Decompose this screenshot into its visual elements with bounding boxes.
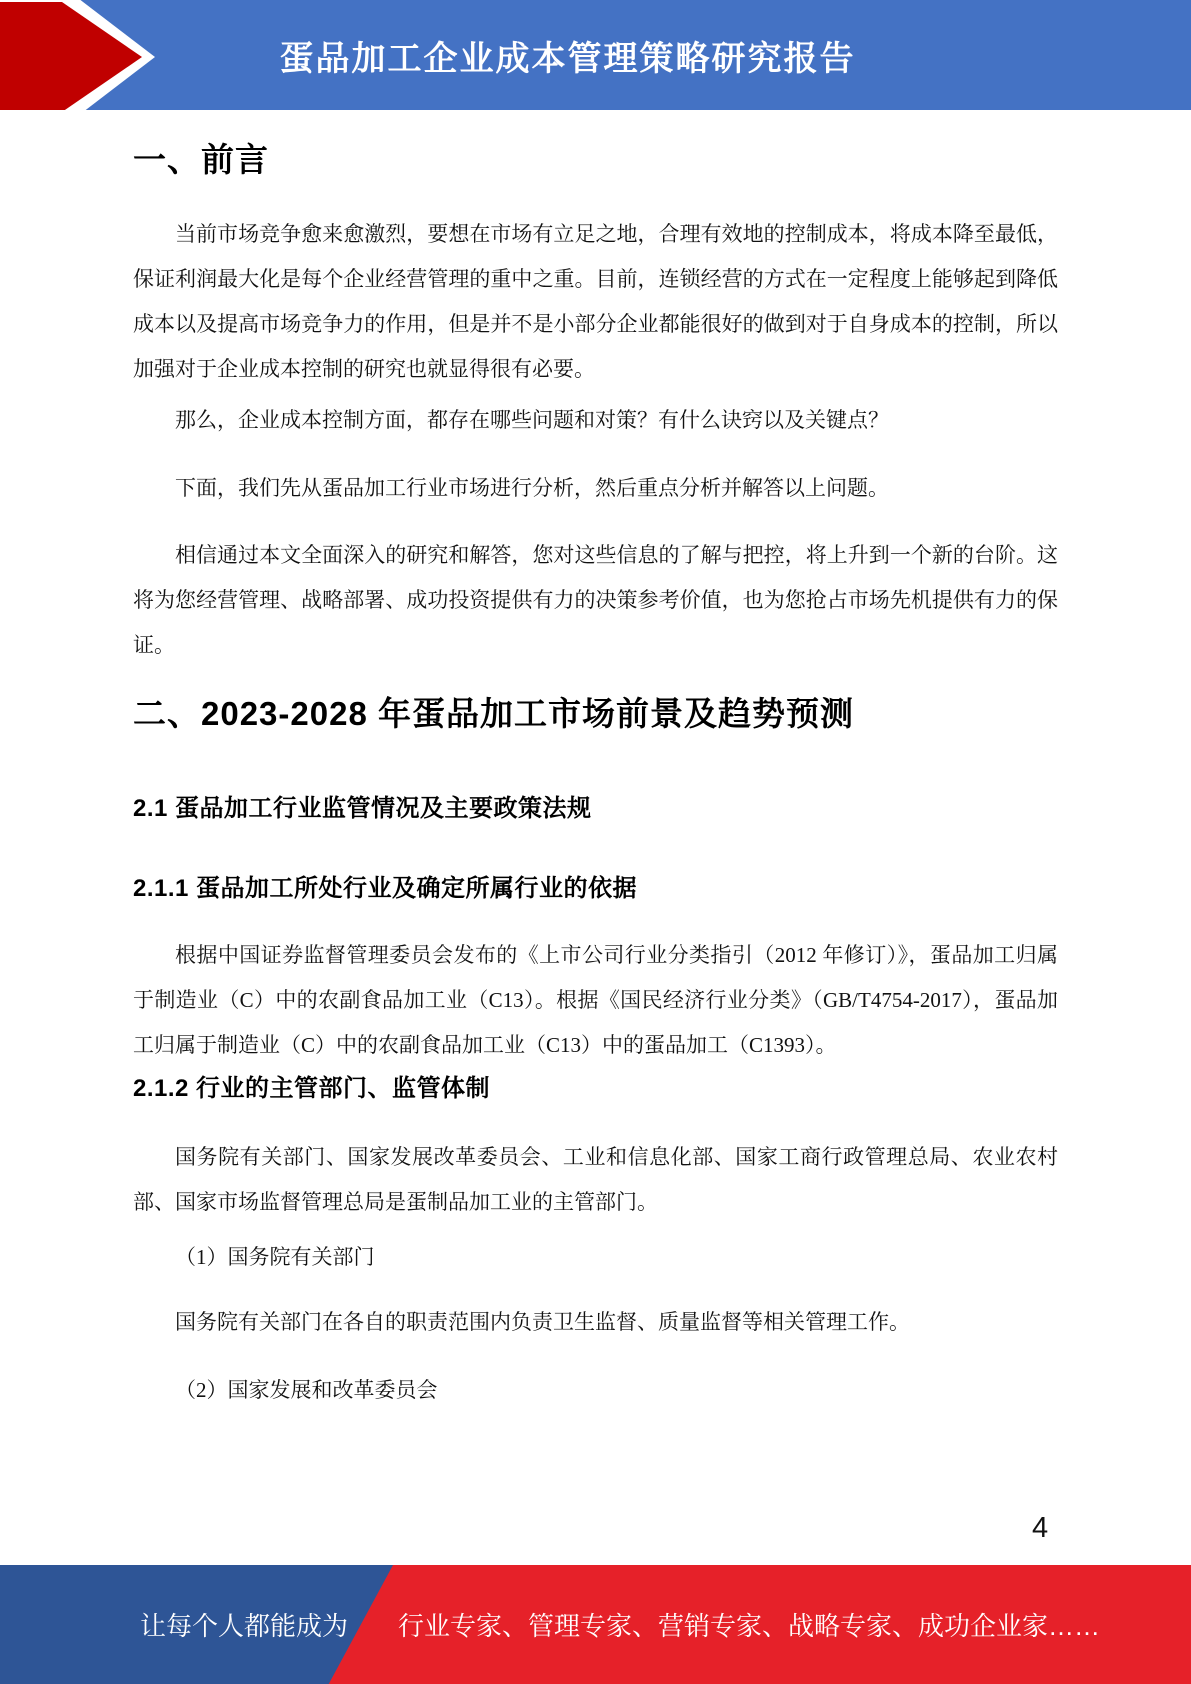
footer-slogan-left: 让每个人都能成为 [140,1565,348,1684]
footer-slogan-right: 行业专家、管理专家、营销专家、战略专家、成功企业家…… [398,1565,1100,1684]
page-number: 4 [1032,1512,1048,1545]
section-1-paragraph-3: 下面，我们先从蛋品加工行业市场进行分析，然后重点分析并解答以上问题。 [133,466,1058,511]
section-2-1-2-paragraph-3: 国务院有关部门在各自的职责范围内负责卫生监督、质量监督等相关管理工作。 [133,1300,1058,1345]
section-2-1-1-heading: 2.1.1 蛋品加工所处行业及确定所属行业的依据 [133,868,1058,903]
report-page: 蛋品加工企业成本管理策略研究报告 一、前言 当前市场竞争愈来愈激烈，要想在市场有… [0,0,1191,1684]
section-2-1-2-heading: 2.1.2 行业的主管部门、监管体制 [133,1068,1058,1103]
section-2-heading: 二、2023-2028 年蛋品加工市场前景及趋势预测 [133,688,1058,735]
section-1-paragraph-4: 相信通过本文全面深入的研究和解答，您对这些信息的了解与把控，将上升到一个新的台阶… [133,533,1058,668]
section-1-heading: 一、前言 [133,134,1058,181]
report-title: 蛋品加工企业成本管理策略研究报告 [0,0,1163,110]
section-1-paragraph-2: 那么，企业成本控制方面，都存在哪些问题和对策？有什么诀窍以及关键点？ [133,398,1058,443]
section-2-1-1-paragraph-1: 根据中国证券监督管理委员会发布的《上市公司行业分类指引（2012 年修订）》，蛋… [133,933,1058,1068]
section-2-1-heading: 2.1 蛋品加工行业监管情况及主要政策法规 [133,788,1058,823]
section-2-1-2-paragraph-2: （1）国务院有关部门 [133,1235,1058,1280]
section-1-paragraph-1: 当前市场竞争愈来愈激烈，要想在市场有立足之地，合理有效地的控制成本，将成本降至最… [133,212,1058,392]
page-footer: 让每个人都能成为 行业专家、管理专家、营销专家、战略专家、成功企业家…… [0,1565,1191,1684]
section-2-1-2-paragraph-1: 国务院有关部门、国家发展改革委员会、工业和信息化部、国家工商行政管理总局、农业农… [133,1135,1058,1225]
report-header: 蛋品加工企业成本管理策略研究报告 [0,0,1191,110]
section-2-1-2-paragraph-4: （2）国家发展和改革委员会 [133,1368,1058,1413]
